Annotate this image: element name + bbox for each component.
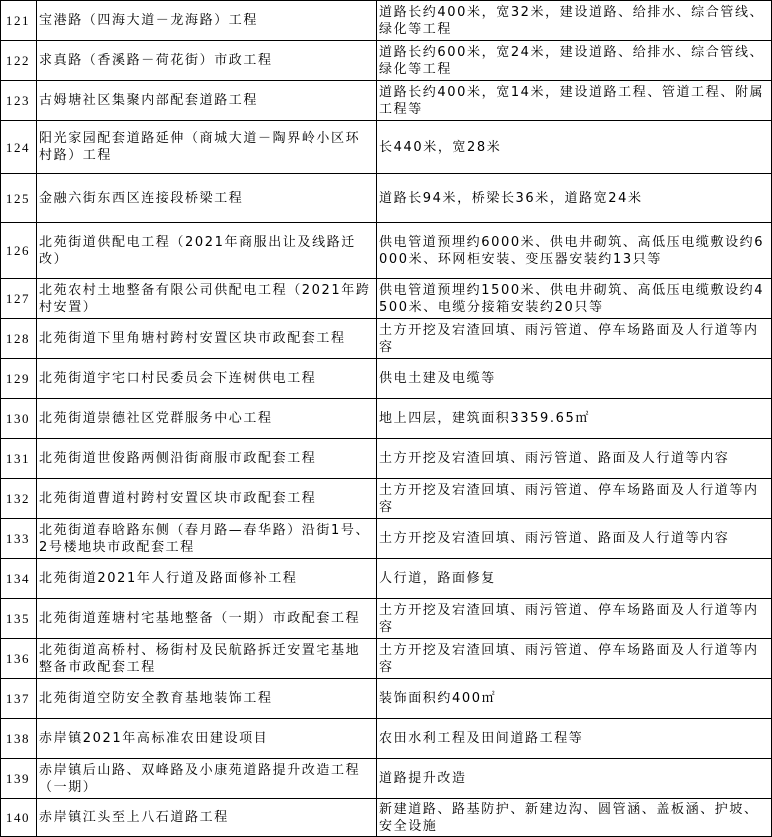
project-name: 赤岸镇江头至上八石道路工程 [37, 799, 377, 837]
project-table-body: 121 宝港路（四海大道－龙海路）工程 道路长约400米，宽32米，建设道路、给… [1, 1, 772, 837]
row-number: 140 [1, 799, 37, 837]
row-number: 132 [1, 479, 37, 519]
table-row: 138 赤岸镇2021年高标准农田建设项目 农田水利工程及田间道路工程等 [1, 719, 772, 759]
row-number: 123 [1, 81, 37, 121]
project-description: 装饰面积约400㎡ [377, 679, 772, 719]
project-name: 北苑街道曹道村跨村安置区块市政配套工程 [37, 479, 377, 519]
table-row: 136 北苑街道高桥村、杨街村及民航路拆迁安置宅基地整备市政配套工程 土方开挖及… [1, 639, 772, 679]
table-row: 121 宝港路（四海大道－龙海路）工程 道路长约400米，宽32米，建设道路、给… [1, 1, 772, 41]
project-description: 土方开挖及宕渣回填、雨污管道、路面及人行道等内容 [377, 519, 772, 559]
row-number: 129 [1, 359, 37, 399]
project-description: 土方开挖及宕渣回填、雨污管道、停车场路面及人行道等内容 [377, 639, 772, 679]
row-number: 135 [1, 599, 37, 639]
row-number: 128 [1, 319, 37, 359]
row-number: 125 [1, 174, 37, 223]
table-row: 130 北苑街道崇德社区党群服务中心工程 地上四层，建筑面积3359.65㎡ [1, 399, 772, 439]
table-row: 131 北苑街道世俊路两侧沿街商服市政配套工程 土方开挖及宕渣回填、雨污管道、路… [1, 439, 772, 479]
row-number: 127 [1, 279, 37, 319]
table-row: 128 北苑街道下里角塘村跨村安置区块市政配套工程 土方开挖及宕渣回填、雨污管道… [1, 319, 772, 359]
table-row: 140 赤岸镇江头至上八石道路工程 新建道路、路基防护、新建边沟、圆管涵、盖板涵… [1, 799, 772, 837]
project-description: 土方开挖及宕渣回填、雨污管道、路面及人行道等内容 [377, 439, 772, 479]
row-number: 131 [1, 439, 37, 479]
project-name: 古姆塘社区集聚内部配套道路工程 [37, 81, 377, 121]
project-description: 土方开挖及宕渣回填、雨污管道、停车场路面及人行道等内容 [377, 599, 772, 639]
project-name: 北苑街道下里角塘村跨村安置区块市政配套工程 [37, 319, 377, 359]
project-name: 北苑街道崇德社区党群服务中心工程 [37, 399, 377, 439]
row-number: 139 [1, 759, 37, 799]
table-row: 133 北苑街道春晗路东侧（春月路—春华路）沿街1号、2号楼地块市政配套工程 土… [1, 519, 772, 559]
row-number: 133 [1, 519, 37, 559]
table-row: 125 金融六街东西区连接段桥梁工程 道路长94米，桥梁长36米，道路宽24米 [1, 174, 772, 223]
project-description: 地上四层，建筑面积3359.65㎡ [377, 399, 772, 439]
project-name: 北苑街道莲塘村宅基地整备（一期）市政配套工程 [37, 599, 377, 639]
project-name: 求真路（香溪路－荷花街）市政工程 [37, 41, 377, 81]
table-row: 126 北苑街道供配电工程（2021年商服出让及线路迁改） 供电管道预埋约600… [1, 223, 772, 279]
row-number: 124 [1, 121, 37, 174]
row-number: 121 [1, 1, 37, 41]
table-row: 124 阳光家园配套道路延伸（商城大道－陶界岭小区环村路）工程 长440米，宽2… [1, 121, 772, 174]
project-description: 道路长约400米，宽14米，建设道路工程、管道工程、附属工程等 [377, 81, 772, 121]
project-name: 北苑街道供配电工程（2021年商服出让及线路迁改） [37, 223, 377, 279]
row-number: 138 [1, 719, 37, 759]
table-row: 129 北苑街道宇宅口村民委员会下连树供电工程 供电土建及电缆等 [1, 359, 772, 399]
project-name: 赤岸镇后山路、双峰路及小康苑道路提升改造工程（一期） [37, 759, 377, 799]
table-row: 122 求真路（香溪路－荷花街）市政工程 道路长约600米，宽24米，建设道路、… [1, 41, 772, 81]
table-row: 123 古姆塘社区集聚内部配套道路工程 道路长约400米，宽14米，建设道路工程… [1, 81, 772, 121]
table-row: 137 北苑街道空防安全教育基地装饰工程 装饰面积约400㎡ [1, 679, 772, 719]
table-row: 132 北苑街道曹道村跨村安置区块市政配套工程 土方开挖及宕渣回填、雨污管道、停… [1, 479, 772, 519]
project-name: 阳光家园配套道路延伸（商城大道－陶界岭小区环村路）工程 [37, 121, 377, 174]
project-name: 北苑街道春晗路东侧（春月路—春华路）沿街1号、2号楼地块市政配套工程 [37, 519, 377, 559]
row-number: 136 [1, 639, 37, 679]
table-row: 134 北苑街道2021年人行道及路面修补工程 人行道，路面修复 [1, 559, 772, 599]
row-number: 134 [1, 559, 37, 599]
project-description: 道路长94米，桥梁长36米，道路宽24米 [377, 174, 772, 223]
project-name: 北苑街道世俊路两侧沿街商服市政配套工程 [37, 439, 377, 479]
row-number: 130 [1, 399, 37, 439]
project-description: 道路长约400米，宽32米，建设道路、给排水、综合管线、绿化等工程 [377, 1, 772, 41]
project-description: 道路长约600米，宽24米，建设道路、给排水、综合管线、绿化等工程 [377, 41, 772, 81]
project-description: 长440米，宽28米 [377, 121, 772, 174]
project-description: 土方开挖及宕渣回填、雨污管道、停车场路面及人行道等内容 [377, 319, 772, 359]
project-name: 北苑街道高桥村、杨街村及民航路拆迁安置宅基地整备市政配套工程 [37, 639, 377, 679]
project-description: 道路提升改造 [377, 759, 772, 799]
project-description: 土方开挖及宕渣回填、雨污管道、停车场路面及人行道等内容 [377, 479, 772, 519]
project-description: 新建道路、路基防护、新建边沟、圆管涵、盖板涵、护坡、安全设施 [377, 799, 772, 837]
table-row: 139 赤岸镇后山路、双峰路及小康苑道路提升改造工程（一期） 道路提升改造 [1, 759, 772, 799]
project-name: 赤岸镇2021年高标准农田建设项目 [37, 719, 377, 759]
project-name: 宝港路（四海大道－龙海路）工程 [37, 1, 377, 41]
row-number: 137 [1, 679, 37, 719]
project-name: 北苑街道2021年人行道及路面修补工程 [37, 559, 377, 599]
row-number: 126 [1, 223, 37, 279]
project-description: 农田水利工程及田间道路工程等 [377, 719, 772, 759]
project-name: 北苑农村土地整备有限公司供配电工程（2021年跨村安置） [37, 279, 377, 319]
project-name: 金融六街东西区连接段桥梁工程 [37, 174, 377, 223]
project-description: 供电管道预埋约6000米、供电井砌筑、高低压电缆敷设约6000米、环网柜安装、变… [377, 223, 772, 279]
project-name: 北苑街道空防安全教育基地装饰工程 [37, 679, 377, 719]
project-description: 供电土建及电缆等 [377, 359, 772, 399]
project-description: 供电管道预埋约1500米、供电井砌筑、高低压电缆敷设约4500米、电缆分接箱安装… [377, 279, 772, 319]
project-name: 北苑街道宇宅口村民委员会下连树供电工程 [37, 359, 377, 399]
row-number: 122 [1, 41, 37, 81]
table-row: 135 北苑街道莲塘村宅基地整备（一期）市政配套工程 土方开挖及宕渣回填、雨污管… [1, 599, 772, 639]
project-table: 121 宝港路（四海大道－龙海路）工程 道路长约400米，宽32米，建设道路、给… [0, 0, 772, 837]
table-row: 127 北苑农村土地整备有限公司供配电工程（2021年跨村安置） 供电管道预埋约… [1, 279, 772, 319]
project-description: 人行道，路面修复 [377, 559, 772, 599]
